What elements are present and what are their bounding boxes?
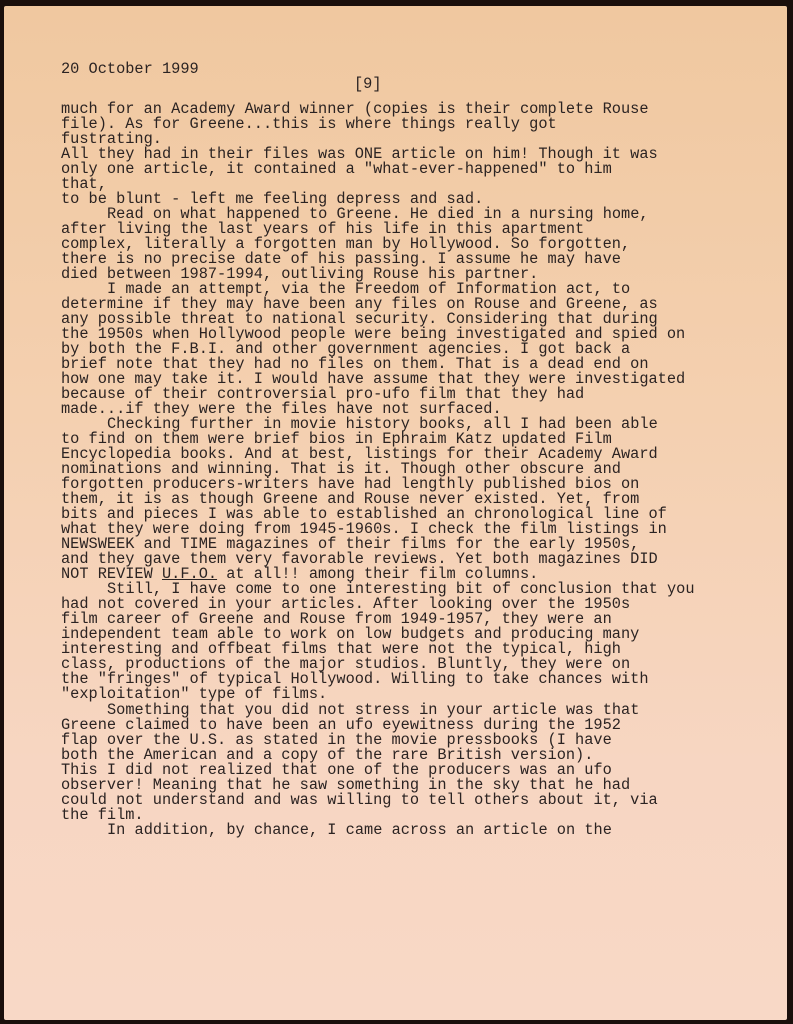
body-line: could not understand and was willing to …	[61, 793, 658, 808]
page-number: [9]	[354, 77, 382, 92]
body-line: "exploitation" type of films.	[61, 687, 327, 702]
paragraph-start-line: In addition, by chance, I came across an…	[61, 823, 612, 838]
document-page: 20 October 1999 [9] much for an Academy …	[4, 6, 787, 1020]
body-line: only one article, it contained a "what-e…	[61, 162, 612, 177]
letter-date: 20 October 1999	[61, 62, 199, 77]
